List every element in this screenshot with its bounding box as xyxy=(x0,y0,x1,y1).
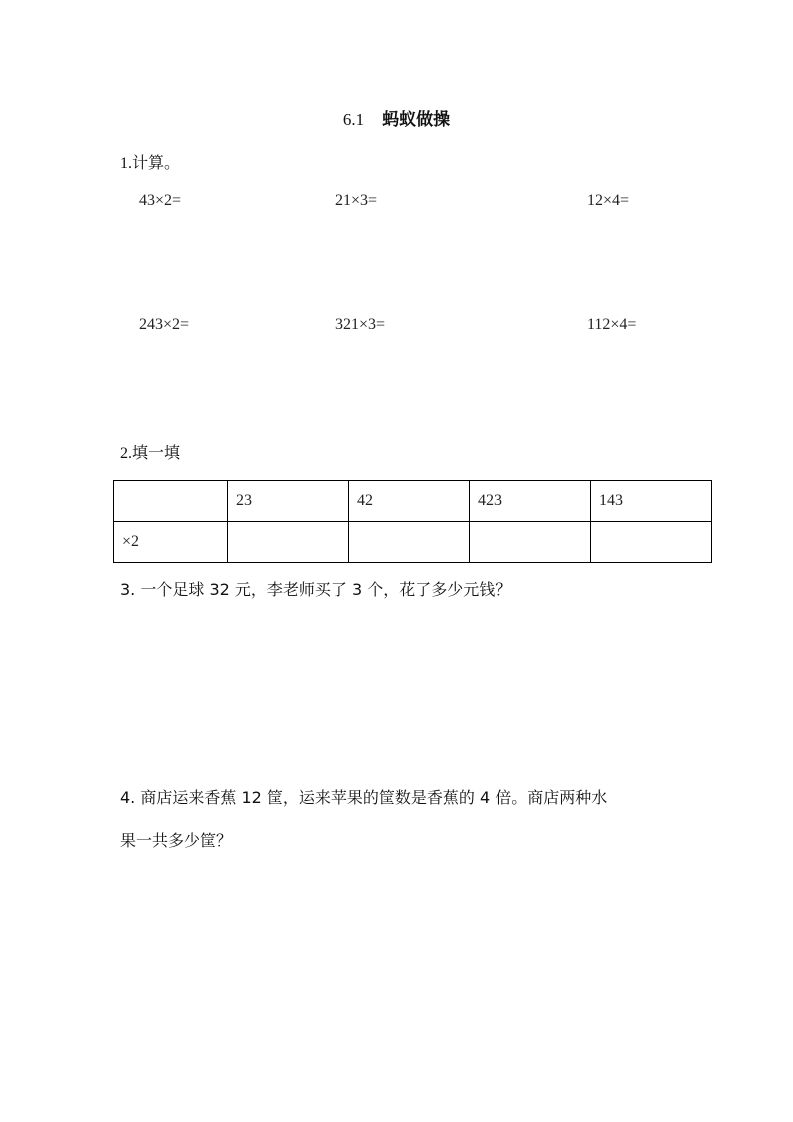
question-4-line-1: 4. 商店运来香蕉 12 筐，运来苹果的筐数是香蕉的 4 倍。商店两种水 xyxy=(120,785,607,808)
table-row: 23 42 423 143 xyxy=(114,481,712,522)
question-2-heading: 2.填一填 xyxy=(120,440,180,463)
question-2-text: 填一填 xyxy=(132,443,180,462)
question-3: 3. 一个足球 32 元，李老师买了 3 个，花了多少元钱？ xyxy=(120,577,511,600)
fill-in-table: 23 42 423 143 ×2 xyxy=(113,480,712,563)
expression: 12×4= xyxy=(587,192,629,210)
table-cell xyxy=(114,481,228,522)
expression: 112×4= xyxy=(587,316,636,334)
question-2-number: 2. xyxy=(120,445,132,462)
question-1-text: 计算。 xyxy=(132,153,180,172)
expression: 243×2= xyxy=(139,316,189,334)
question-4-line-2: 果一共多少筐？ xyxy=(120,828,232,851)
table-cell: 23 xyxy=(228,481,349,522)
answer-cell[interactable] xyxy=(349,522,470,563)
title-number: 6.1 xyxy=(343,110,364,129)
expression: 21×3= xyxy=(335,192,377,210)
answer-cell[interactable] xyxy=(228,522,349,563)
table-cell: 143 xyxy=(591,481,712,522)
expression: 43×2= xyxy=(139,192,181,210)
page-title: 6.1蚂蚁做操 xyxy=(0,105,793,130)
question-1-heading: 1.计算。 xyxy=(120,150,180,173)
table-row: ×2 xyxy=(114,522,712,563)
table-cell: ×2 xyxy=(114,522,228,563)
table-cell: 42 xyxy=(349,481,470,522)
table-cell: 423 xyxy=(470,481,591,522)
expression: 321×3= xyxy=(335,316,385,334)
title-text: 蚂蚁做操 xyxy=(382,110,450,130)
question-1-number: 1. xyxy=(120,155,132,172)
answer-cell[interactable] xyxy=(470,522,591,563)
answer-cell[interactable] xyxy=(591,522,712,563)
